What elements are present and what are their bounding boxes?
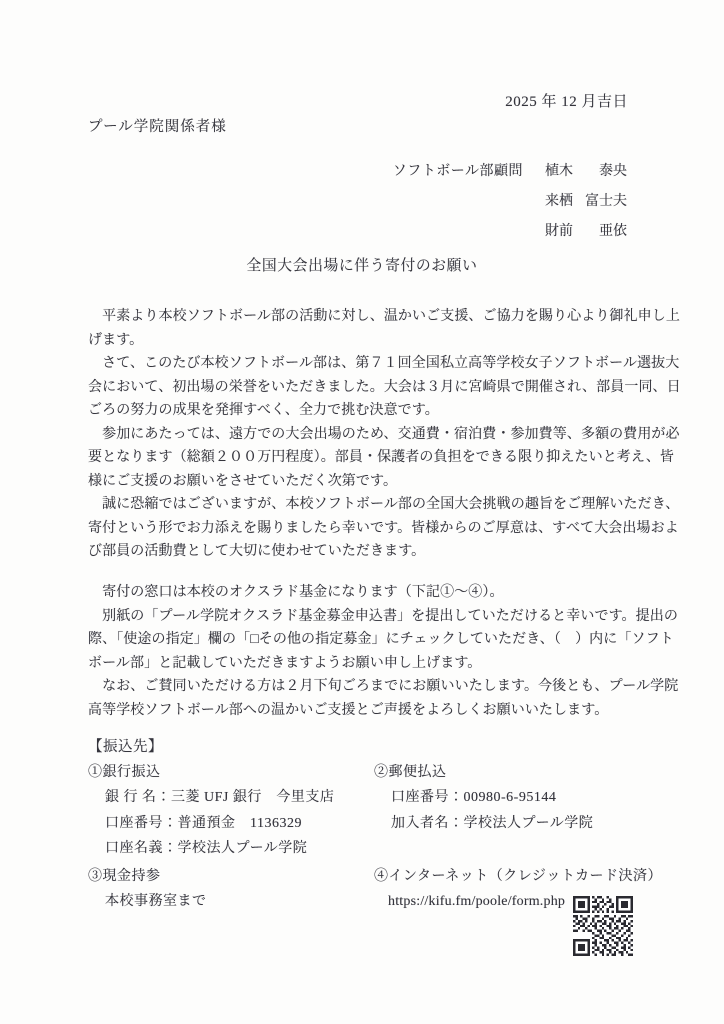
payment-postal-label: ②郵便払込 bbox=[374, 760, 593, 785]
body-line: 寄付の窓口は本校のオクスラド基金になります（下記①～④）。 bbox=[88, 581, 678, 605]
payment-cash-label: ③現金持参 bbox=[88, 864, 207, 889]
letter-date: 2025 年 12 月吉日 bbox=[505, 90, 628, 111]
payment-bank-transfer: ①銀行振込 銀 行 名：三菱 UFJ 銀行 今里支店 口座番号：普通預金 113… bbox=[88, 760, 334, 862]
bank-account-number-line: 口座番号：普通預金 1136329 bbox=[88, 811, 334, 837]
cash-office-line: 本校事務室まで bbox=[88, 889, 207, 915]
payment-cash: ③現金持参 本校事務室まで bbox=[88, 864, 207, 915]
body-line: 別紙の「プール学院オクスラド基金募金申込書」を提出していただけると幸いです。提出… bbox=[88, 605, 678, 629]
body-line: さて、このたび本校ソフトボール部は、第７１回全国私立高等学校女子ソフトボール選抜… bbox=[88, 352, 681, 376]
sender-name: 植木 泰央 bbox=[545, 160, 627, 180]
postal-account-number-line: 口座番号：00980-6-95144 bbox=[374, 785, 593, 811]
body-line: 高等学校ソフトボール部への温かいご支援とご声援をよろしくお願いいたします。 bbox=[88, 699, 678, 723]
sender-row: 財前 亜依 bbox=[393, 215, 627, 245]
body-line: 誠に恐縮ではございますが、本校ソフトボール部の全国大会挑戦の趣旨をご理解いただき… bbox=[88, 493, 681, 517]
body-line: 参加にあたっては、遠方での大会出場のため、交通費・宿泊費・参加費等、多額の費用が… bbox=[88, 423, 681, 447]
body-line: 寄付という形でお力添えを賜りましたら幸いです。皆様からのご厚意は、すべて大会出場… bbox=[88, 517, 681, 541]
body-text-block-2: 寄付の窓口は本校のオクスラド基金になります（下記①～④）。 別紙の「プール学院オ… bbox=[88, 581, 678, 722]
body-line: び部員の活動費として大切に使わせていただきます。 bbox=[88, 540, 681, 564]
body-line: 平素より本校ソフトボール部の活動に対し、温かいご支援、ご協力を賜り心より御礼申し… bbox=[88, 305, 681, 329]
sender-family-name: 来栖 bbox=[545, 190, 573, 210]
payment-internet-label: ④インターネット（クレジットカード決済） bbox=[374, 864, 662, 889]
sender-row: ソフトボール部顧問 植木 泰央 bbox=[393, 155, 627, 185]
qr-code bbox=[571, 896, 635, 956]
body-line: なお、ご賛同いただける方は２月下旬ごろまでにお願いいたします。今後とも、プール学… bbox=[88, 675, 678, 699]
payment-bank-label: ①銀行振込 bbox=[88, 760, 334, 785]
scanned-letter-page: 2025 年 12 月吉日 プール学院関係者様 ソフトボール部顧問 植木 泰央 … bbox=[0, 0, 724, 1024]
payment-section-heading: 【振込先】 bbox=[88, 735, 163, 756]
sender-given-name: 富士夫 bbox=[585, 190, 627, 210]
sender-name: 財前 亜依 bbox=[545, 220, 627, 240]
sender-family-name: 財前 bbox=[545, 220, 573, 240]
body-line: 要となります（総額２００万円程度）。部員・保護者の負担をできる限り抑えたいと考え… bbox=[88, 446, 681, 470]
body-line: ごろの努力の成果を発揮すべく、全力で挑む決意です。 bbox=[88, 399, 681, 423]
bank-name-line: 銀 行 名：三菱 UFJ 銀行 今里支店 bbox=[88, 785, 334, 811]
body-line: ボール部」と記載していただきますようお願い申し上げます。 bbox=[88, 652, 678, 676]
document-title: 全国大会出場に伴う寄付のお願い bbox=[0, 254, 724, 275]
recipient-line: プール学院関係者様 bbox=[88, 115, 227, 136]
sender-block: ソフトボール部顧問 植木 泰央 来栖 富士夫 財前 亜依 bbox=[393, 155, 627, 245]
sender-role: ソフトボール部顧問 bbox=[393, 160, 523, 180]
bank-account-holder-line: 口座名義：学校法人プール学院 bbox=[88, 836, 334, 862]
sender-given-name: 泰央 bbox=[599, 160, 627, 180]
sender-family-name: 植木 bbox=[545, 160, 573, 180]
sender-name: 来栖 富士夫 bbox=[545, 190, 627, 210]
body-line: 様にご支援のお願いをさせていただく次第です。 bbox=[88, 470, 681, 494]
body-text-block-1: 平素より本校ソフトボール部の活動に対し、温かいご支援、ご協力を賜り心より御礼申し… bbox=[88, 305, 681, 564]
body-line: 際、「使途の指定」欄の「□その他の指定募金」にチェックしていただき、（ ）内に「… bbox=[88, 628, 678, 652]
body-line: げます。 bbox=[88, 329, 681, 353]
sender-row: 来栖 富士夫 bbox=[393, 185, 627, 215]
body-line: 会において、初出場の栄誉をいただきました。大会は３月に宮崎県で開催され、部員一同… bbox=[88, 376, 681, 400]
sender-given-name: 亜依 bbox=[599, 220, 627, 240]
postal-account-holder-line: 加入者名：学校法人プール学院 bbox=[374, 811, 593, 837]
payment-postal-transfer: ②郵便払込 口座番号：00980-6-95144 加入者名：学校法人プール学院 bbox=[374, 760, 593, 836]
